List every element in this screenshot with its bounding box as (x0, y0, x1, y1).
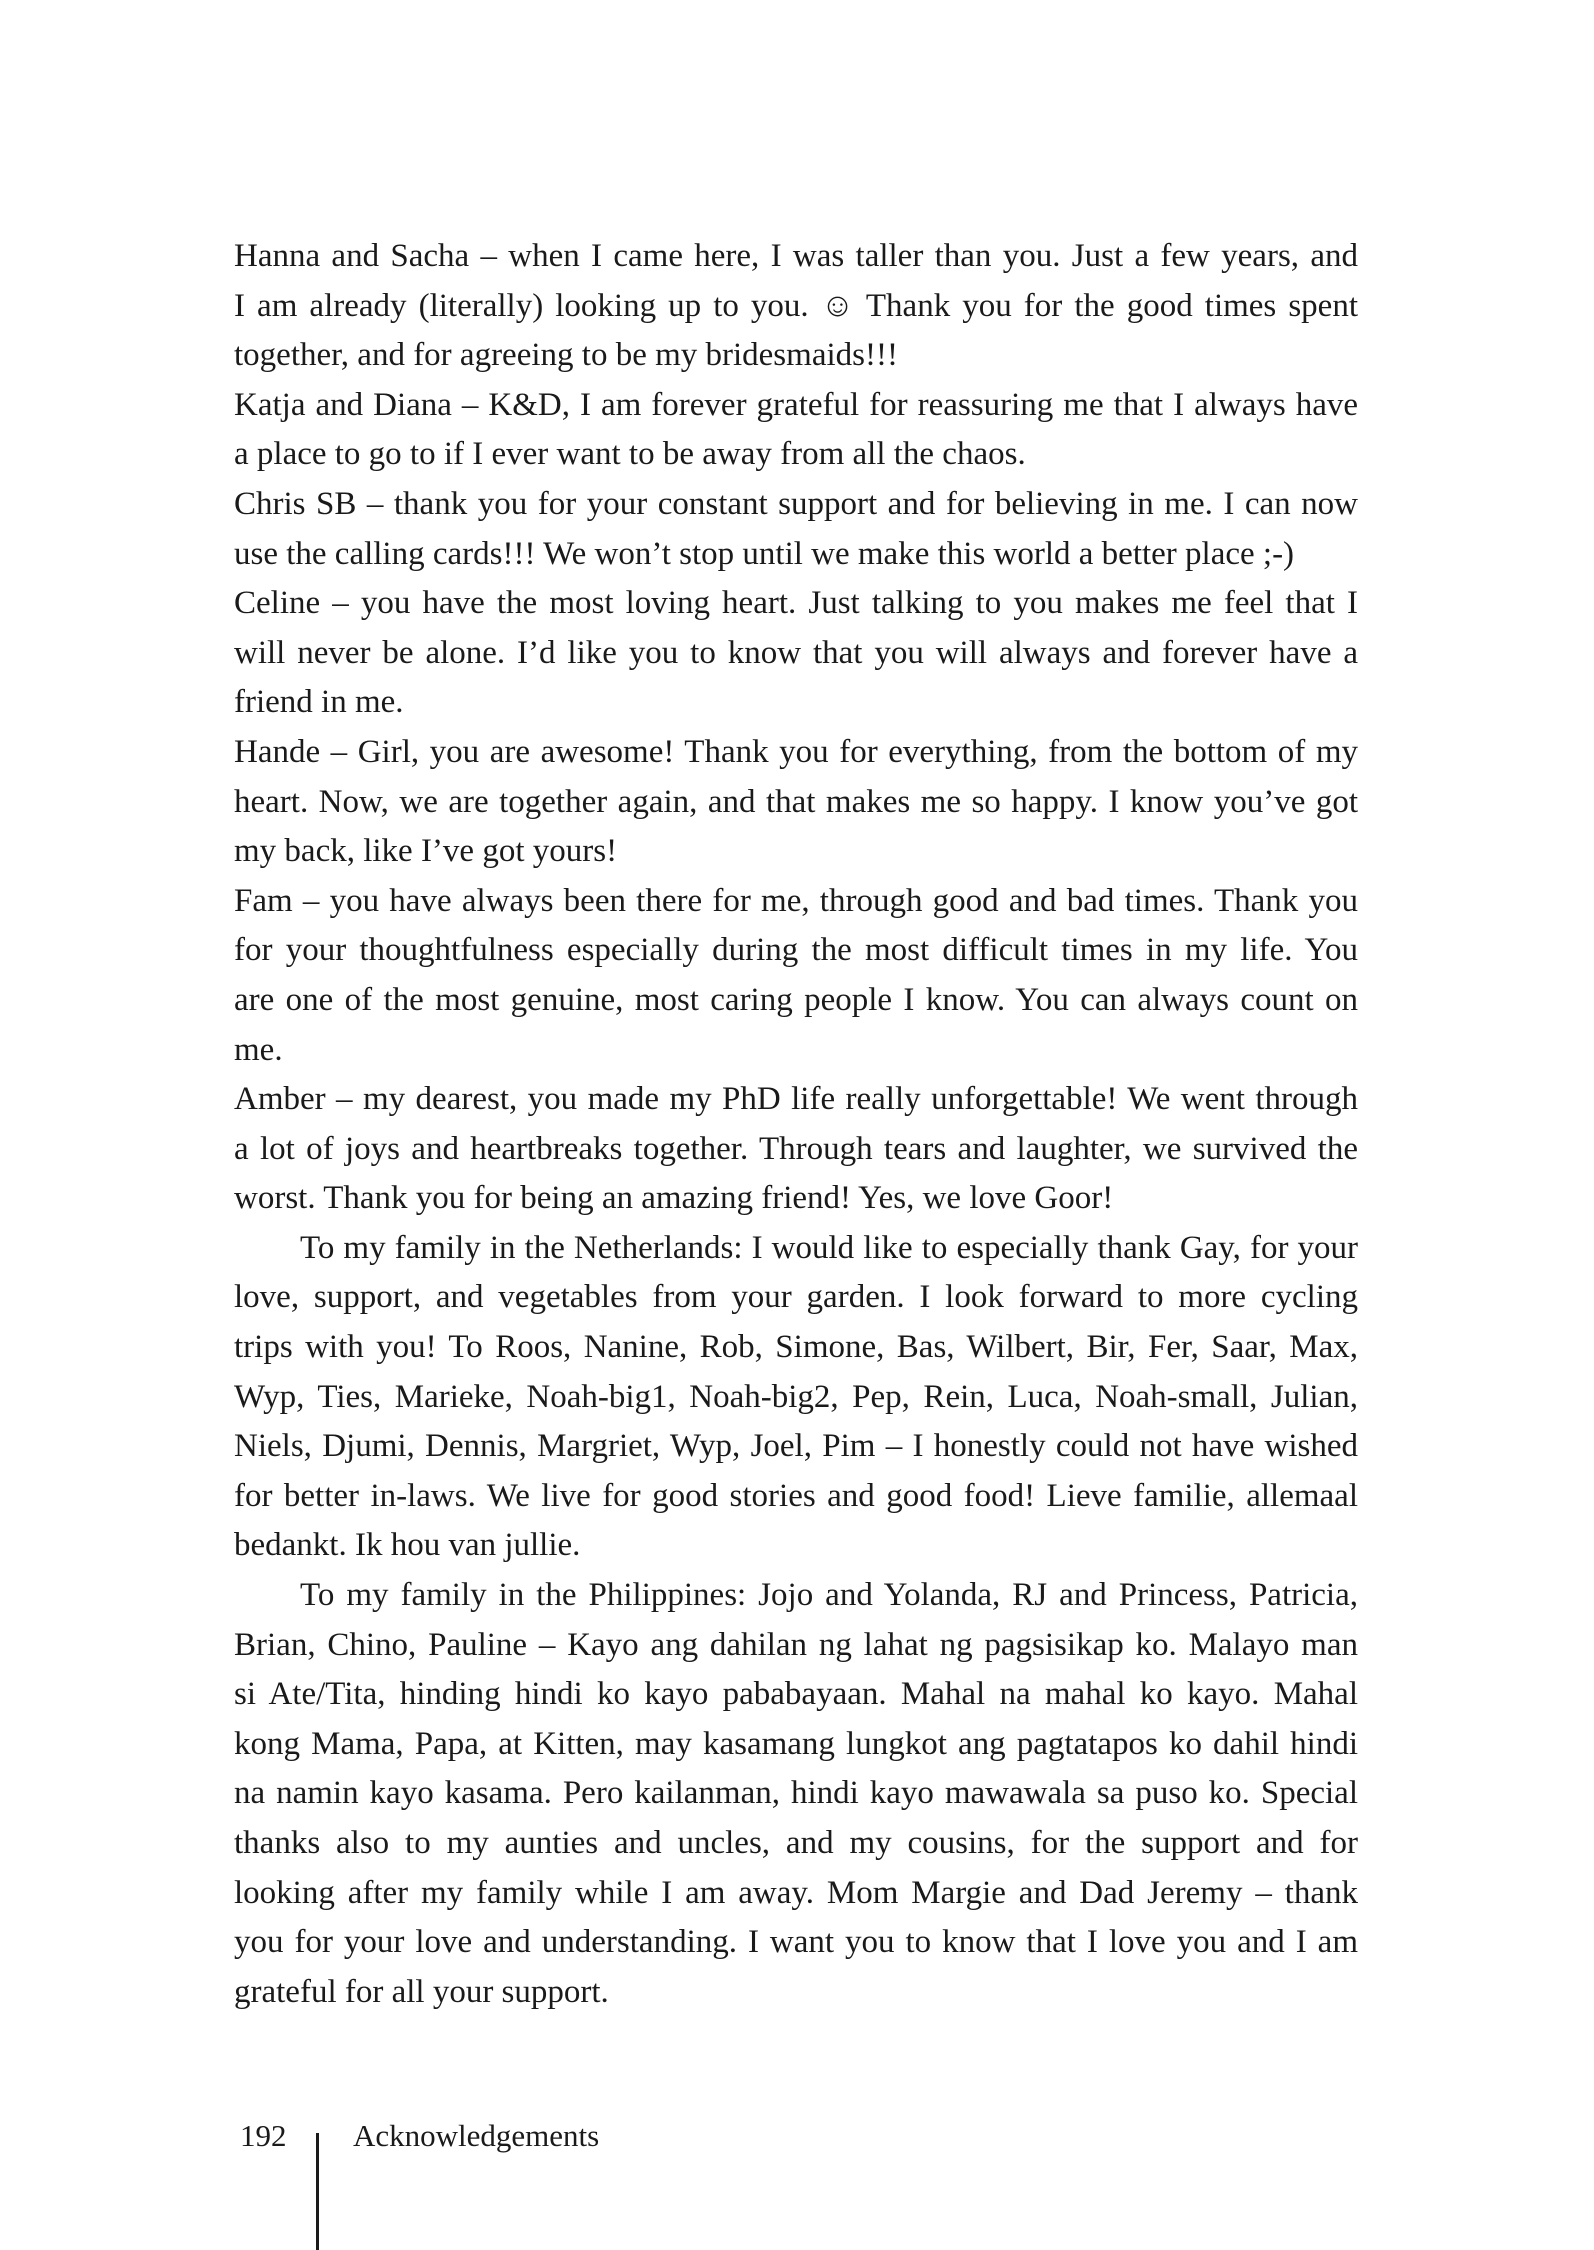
text-line: thanks also to my aunties and uncles, an… (234, 1819, 1358, 1869)
text-line: Amber – my dearest, you made my PhD life… (234, 1075, 1358, 1125)
text-line: my back, like I’ve got yours! (234, 827, 1358, 877)
text-line: will never be alone. I’d like you to kno… (234, 629, 1358, 679)
text-line: Niels, Djumi, Dennis, Margriet, Wyp, Joe… (234, 1422, 1358, 1472)
text-line: a lot of joys and heartbreaks together. … (234, 1125, 1358, 1175)
text-line: Chris SB – thank you for your constant s… (234, 480, 1358, 530)
paragraph: Amber – my dearest, you made my PhD life… (234, 1075, 1358, 1224)
text-line: heart. Now, we are together again, and t… (234, 778, 1358, 828)
paragraph: Hanna and Sacha – when I came here, I wa… (234, 232, 1358, 381)
paragraph: Chris SB – thank you for your constant s… (234, 480, 1358, 579)
text-line: for your thoughtfulness especially durin… (234, 926, 1358, 976)
text-line: To my family in the Netherlands: I would… (234, 1224, 1358, 1274)
text-line: friend in me. (234, 678, 1358, 728)
footer-divider (316, 2133, 319, 2250)
text-line: worst. Thank you for being an amazing fr… (234, 1174, 1358, 1224)
text-line: Katja and Diana – K&D, I am forever grat… (234, 381, 1358, 431)
text-line: are one of the most genuine, most caring… (234, 976, 1358, 1026)
running-head: Acknowledgements (353, 2118, 599, 2154)
page-number: 192 (240, 2118, 287, 2154)
paragraph: Celine – you have the most loving heart.… (234, 579, 1358, 728)
text-line: si Ate/Tita, hinding hindi ko kayo pabab… (234, 1670, 1358, 1720)
text-line: Hanna and Sacha – when I came here, I wa… (234, 232, 1358, 282)
text-line: Celine – you have the most loving heart.… (234, 579, 1358, 629)
text-line: Brian, Chino, Pauline – Kayo ang dahilan… (234, 1621, 1358, 1671)
text-line: I am already (literally) looking up to y… (234, 282, 1358, 332)
text-line: you for your love and understanding. I w… (234, 1918, 1358, 1968)
acknowledgements-body: Hanna and Sacha – when I came here, I wa… (234, 232, 1358, 2017)
text-line: Wyp, Ties, Marieke, Noah-big1, Noah-big2… (234, 1373, 1358, 1423)
text-line: love, support, and vegetables from your … (234, 1273, 1358, 1323)
paragraph: Fam – you have always been there for me,… (234, 877, 1358, 1075)
text-line: To my family in the Philippines: Jojo an… (234, 1571, 1358, 1621)
text-line: a place to go to if I ever want to be aw… (234, 430, 1358, 480)
text-line: bedankt. Ik hou van jullie. (234, 1521, 1358, 1571)
text-line: na namin kayo kasama. Pero kailanman, hi… (234, 1769, 1358, 1819)
text-line: Fam – you have always been there for me,… (234, 877, 1358, 927)
text-line: me. (234, 1026, 1358, 1076)
text-line: kong Mama, Papa, at Kitten, may kasamang… (234, 1720, 1358, 1770)
text-line: trips with you! To Roos, Nanine, Rob, Si… (234, 1323, 1358, 1373)
text-line: for better in-laws. We live for good sto… (234, 1472, 1358, 1522)
paragraph: Hande – Girl, you are awesome! Thank you… (234, 728, 1358, 877)
text-line: use the calling cards!!! We won’t stop u… (234, 530, 1358, 580)
text-line: looking after my family while I am away.… (234, 1869, 1358, 1919)
text-line: Hande – Girl, you are awesome! Thank you… (234, 728, 1358, 778)
paragraph: Katja and Diana – K&D, I am forever grat… (234, 381, 1358, 480)
text-line: grateful for all your support. (234, 1968, 1358, 2018)
text-line: together, and for agreeing to be my brid… (234, 331, 1358, 381)
paragraph: To my family in the Philippines: Jojo an… (234, 1571, 1358, 2017)
document-page: Hanna and Sacha – when I came here, I wa… (0, 0, 1594, 2250)
paragraph: To my family in the Netherlands: I would… (234, 1224, 1358, 1571)
